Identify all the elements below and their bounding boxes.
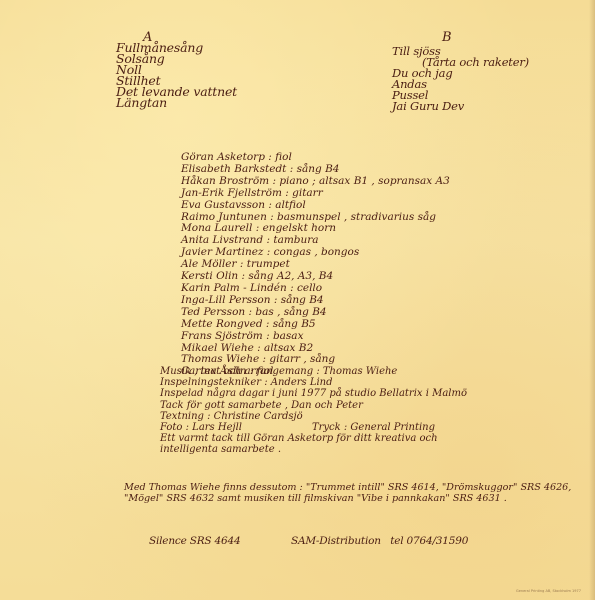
credit-line: Håkan Broström : piano ; altsax B1 , sop… [181,176,450,188]
release-line: Med Thomas Wiehe finns dessutom : "Trumm… [124,482,571,493]
note-line: Inspelningstekniker : Anders Lind [160,377,467,388]
note-line: Textning : Christine Cardsjö [160,411,467,422]
credit-line: Mette Rongved : sång B5 [181,319,450,331]
track-b5: Jai Guru Dev [392,101,529,112]
note-line: intelligenta samarbete . [160,444,467,455]
credit-line: Jan-Erik Fjellström : gitarr [181,188,450,200]
credit-line: Ted Persson : bas , sång B4 [181,307,450,319]
record-sleeve-back: A Fullmånesång Solsång Noll Stillhet Det… [0,0,595,600]
note-line: Ett varmt tack till Göran Asketorp för d… [160,433,467,444]
side-b-tracklist: Till sjöss (Tårta och raketer) Du och ja… [392,46,529,112]
credit-line: Inga-Lill Persson : sång B4 [181,295,450,307]
catalog-number: Silence SRS 4644 [149,535,240,547]
note-line: Musik , text och arrangemang : Thomas Wi… [160,366,467,377]
credit-line: Eva Gustavsson : altfiol [181,200,450,212]
release-line: "Mögel" SRS 4632 samt musiken till films… [124,493,571,504]
side-b-label: B [442,30,451,45]
production-notes: Musik , text och arrangemang : Thomas Wi… [160,366,467,456]
printer-credit: General Printing AB, Stockholm 1977 [516,589,581,593]
note-line: Foto : Lars Hejll Tryck : General Printi… [160,422,467,433]
note-line: Tack för gott samarbete , Dan och Peter [160,400,467,411]
other-releases: Med Thomas Wiehe finns dessutom : "Trumm… [124,482,571,504]
note-line: Inspelad några dagar i juni 1977 på stud… [160,388,467,399]
distribution-info: SAM-Distribution tel 0764/31590 [291,535,468,547]
side-a-tracklist: Fullmånesång Solsång Noll Stillhet Det l… [116,42,237,108]
musician-credits: Göran Asketorp : fiol Elisabeth Barksted… [181,152,450,378]
sleeve-edge [589,0,595,600]
credit-line: Frans Sjöström : basax [181,331,450,343]
